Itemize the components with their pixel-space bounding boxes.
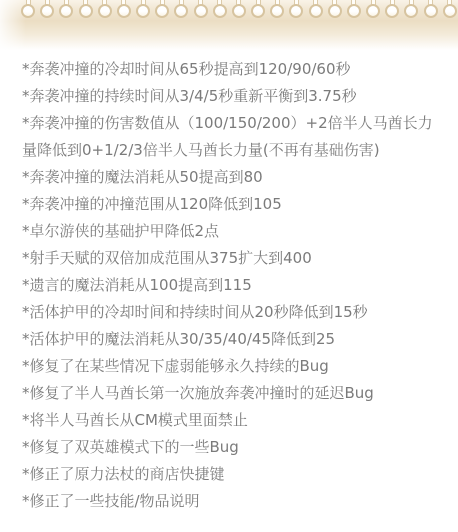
ring-icon: [59, 0, 73, 18]
ring-hole: [309, 4, 323, 18]
ring-icon: [443, 0, 457, 18]
ring-icon: [424, 0, 438, 18]
ring-hole: [174, 4, 188, 18]
ring-icon: [385, 0, 399, 18]
patch-note-line: *修正了原力法杖的商店快捷键: [22, 461, 440, 488]
ring-hole: [443, 4, 457, 18]
ring-hole: [270, 4, 284, 18]
patch-note-line: *遗言的魔法消耗从100提高到115: [22, 272, 440, 299]
ring-icon: [270, 0, 284, 18]
ring-hole: [289, 4, 303, 18]
ring-hole: [21, 4, 35, 18]
ring-icon: [194, 0, 208, 18]
ring-hole: [232, 4, 246, 18]
ring-hole: [59, 4, 73, 18]
ring-icon: [347, 0, 361, 18]
ring-icon: [155, 0, 169, 18]
ring-hole: [385, 4, 399, 18]
patch-note-line: *奔袭冲撞的持续时间从3/4/5秒重新平衡到3.75秒: [22, 83, 440, 110]
ring-icon: [21, 0, 35, 18]
ring-icon: [79, 0, 93, 18]
patch-note-line: *活体护甲的冷却时间和持续时间从20秒降低到15秒: [22, 299, 440, 326]
patch-note-line: *奔袭冲撞的冷却时间从65秒提高到120/90/60秒: [22, 56, 440, 83]
ring-icon: [117, 0, 131, 18]
ring-icon: [98, 0, 112, 18]
ring-hole: [155, 4, 169, 18]
patch-note-line: *卓尔游侠的基础护甲降低2点: [22, 218, 440, 245]
patch-note-line: *奔袭冲撞的伤害数值从（100/150/200）+2倍半人马酋长力量降低到0+1…: [22, 110, 440, 164]
patch-note-line: *将半人马酋长从CM模式里面禁止: [22, 407, 440, 434]
ring-row: [21, 0, 457, 20]
patch-note-line: *修正了一些技能/物品说明: [22, 488, 440, 515]
ring-hole: [213, 4, 227, 18]
ring-hole: [347, 4, 361, 18]
ring-icon: [251, 0, 265, 18]
ring-hole: [98, 4, 112, 18]
patch-note-line: *奔袭冲撞的魔法消耗从50提高到80: [22, 164, 440, 191]
ring-icon: [136, 0, 150, 18]
ring-icon: [366, 0, 380, 18]
ring-icon: [289, 0, 303, 18]
patch-note-line: *奔袭冲撞的冲撞范围从120降低到105: [22, 191, 440, 218]
ring-hole: [40, 4, 54, 18]
ring-icon: [328, 0, 342, 18]
ring-icon: [213, 0, 227, 18]
ring-icon: [232, 0, 246, 18]
ring-hole: [79, 4, 93, 18]
ring-hole: [404, 4, 418, 18]
patch-note-line: *修复了双英雄模式下的一些Bug: [22, 434, 440, 461]
ring-hole: [251, 4, 265, 18]
patch-note-line: *射手天赋的双倍加成范围从375扩大到400: [22, 245, 440, 272]
ring-icon: [404, 0, 418, 18]
ring-icon: [174, 0, 188, 18]
patch-note-line: *修复了在某些情况下虚弱能够永久持续的Bug: [22, 353, 440, 380]
ring-hole: [194, 4, 208, 18]
ring-hole: [136, 4, 150, 18]
ring-hole: [424, 4, 438, 18]
ring-hole: [366, 4, 380, 18]
ring-icon: [40, 0, 54, 18]
ring-hole: [328, 4, 342, 18]
ring-hole: [117, 4, 131, 18]
ring-icon: [309, 0, 323, 18]
patch-notes-list: *奔袭冲撞的冷却时间从65秒提高到120/90/60秒*奔袭冲撞的持续时间从3/…: [0, 56, 458, 515]
patch-note-line: *活体护甲的魔法消耗从30/35/40/45降低到25: [22, 326, 440, 353]
patch-note-line: *修复了半人马酋长第一次施放奔袭冲撞时的延迟Bug: [22, 380, 440, 407]
